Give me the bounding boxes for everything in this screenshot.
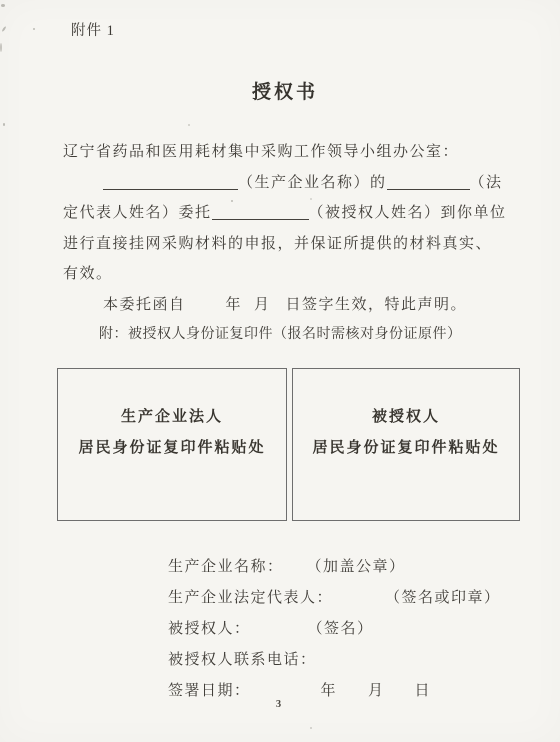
text-line: 被授权人：（签名） bbox=[168, 614, 501, 645]
paste-box-subtitle: 居民身份证复印件粘贴处 bbox=[293, 433, 519, 464]
text-line: 生产企业名称：（加盖公章） bbox=[168, 552, 501, 583]
text-run: 日签字生效，特此声明。 bbox=[286, 297, 468, 313]
paste-box-manufacturer-legal-rep: 生产企业法人 居民身份证复印件粘贴处 bbox=[57, 368, 287, 521]
paste-box-subtitle: 居民身份证复印件粘贴处 bbox=[58, 433, 286, 464]
text-run: 年 bbox=[321, 683, 338, 699]
text-run: 日 bbox=[415, 683, 432, 699]
text-run: 年 bbox=[226, 297, 243, 313]
text-run: 进行直接挂网采购材料的申报，并保证所提供的材料真实、 bbox=[63, 236, 492, 252]
scan-speck bbox=[310, 727, 312, 729]
paste-box-title: 被授权人 bbox=[293, 402, 519, 433]
text-line: 辽宁省药品和医用耗材集中采购工作领导小组办公室： bbox=[63, 137, 538, 168]
text-run: （签名） bbox=[308, 621, 374, 637]
fill-in-blank bbox=[103, 174, 238, 190]
fill-in-blank bbox=[212, 204, 309, 220]
document-page: 附件 1 授权书 辽宁省药品和医用耗材集中采购工作领导小组办公室：（生产企业名称… bbox=[0, 0, 560, 742]
scan-speck bbox=[33, 28, 35, 30]
fill-in-blank bbox=[387, 174, 470, 190]
text-run: 有效。 bbox=[63, 266, 113, 282]
text-run: 生产企业名称： bbox=[168, 559, 284, 575]
scan-speck bbox=[310, 198, 312, 200]
text-line: 被授权人联系电话： bbox=[168, 645, 501, 676]
body-paragraph: 辽宁省药品和医用耗材集中采购工作领导小组办公室：（生产企业名称）的（法定代表人姓… bbox=[63, 137, 538, 351]
paste-box-authorized-person: 被授权人 居民身份证复印件粘贴处 bbox=[292, 368, 520, 521]
text-line: 进行直接挂网采购材料的申报，并保证所提供的材料真实、 bbox=[63, 229, 538, 260]
text-line: 附：被授权人身份证复印件（报名时需核对身份证原件） bbox=[63, 320, 538, 351]
scan-speck bbox=[3, 123, 5, 126]
text-run: （签名或印章） bbox=[385, 590, 501, 606]
text-run: 本委托函自 bbox=[103, 297, 186, 313]
scan-speck bbox=[0, 43, 2, 52]
text-run: （被授权人姓名）到你单位 bbox=[309, 205, 507, 221]
page-number: 3 bbox=[0, 699, 557, 710]
text-run: （法 bbox=[470, 175, 503, 191]
text-run: 附：被授权人身份证复印件（报名时需核对身份证原件） bbox=[99, 327, 462, 342]
text-run: 月 bbox=[254, 297, 271, 313]
text-run: 定代表人姓名）委托 bbox=[63, 205, 212, 221]
scan-speck bbox=[1, 26, 6, 32]
text-run: 生产企业法定代表人： bbox=[168, 590, 333, 606]
text-run: 被授权人： bbox=[168, 621, 251, 637]
text-line: 本委托函自年月日签字生效，特此声明。 bbox=[63, 290, 538, 321]
signature-block: 生产企业名称：（加盖公章）生产企业法定代表人：（签名或印章）被授权人：（签名）被… bbox=[168, 552, 501, 707]
text-line: 有效。 bbox=[63, 259, 538, 290]
scan-speck bbox=[1, 4, 5, 7]
text-run: （生产企业名称）的 bbox=[238, 175, 387, 191]
attachment-label: 附件 1 bbox=[71, 19, 115, 40]
text-run: 辽宁省药品和医用耗材集中采购工作领导小组办公室： bbox=[63, 144, 459, 160]
text-line: 定代表人姓名）委托（被授权人姓名）到你单位 bbox=[63, 198, 538, 229]
scan-speck bbox=[231, 200, 233, 202]
scan-speck bbox=[188, 124, 190, 126]
text-line: （生产企业名称）的（法 bbox=[63, 168, 538, 199]
text-run: 被授权人联系电话： bbox=[168, 652, 317, 668]
paste-box-title: 生产企业法人 bbox=[58, 402, 286, 433]
text-run: （加盖公章） bbox=[307, 559, 406, 575]
document-title: 授权书 bbox=[5, 77, 560, 104]
text-line: 生产企业法定代表人：（签名或印章） bbox=[168, 583, 501, 614]
text-run: 月 bbox=[368, 683, 385, 699]
text-run: 签署日期： bbox=[168, 683, 251, 699]
